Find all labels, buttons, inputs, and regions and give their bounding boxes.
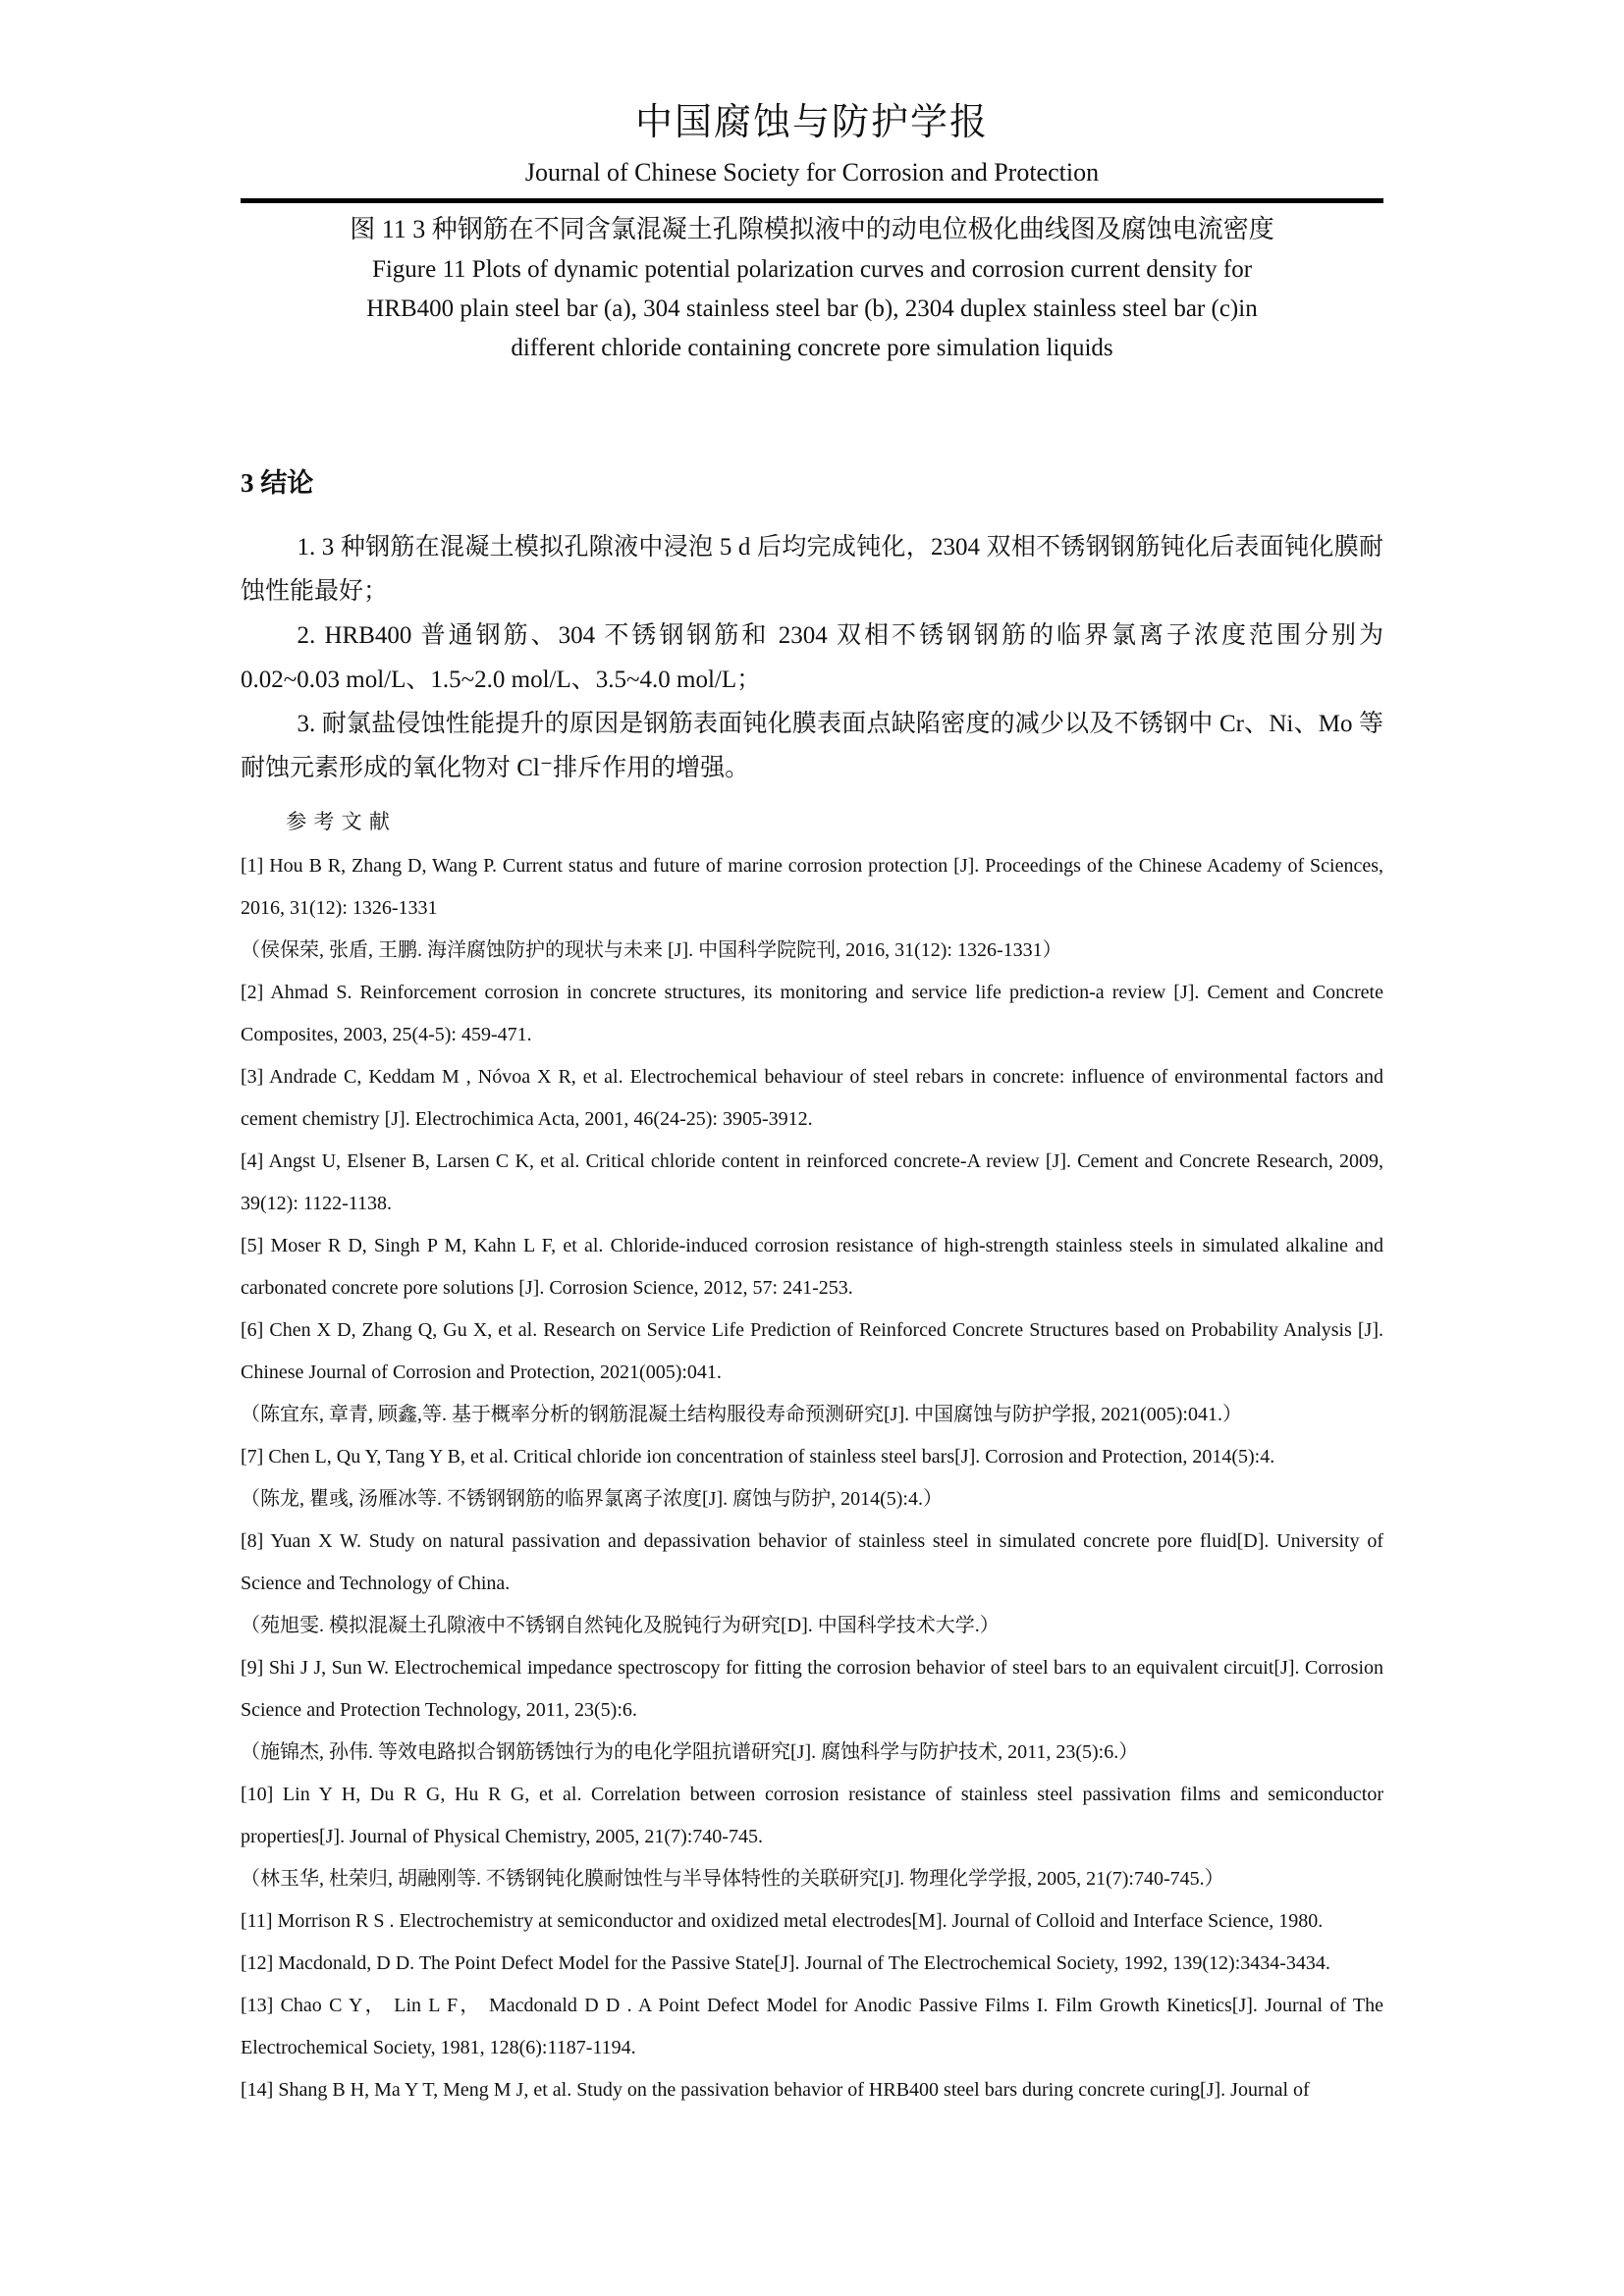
reference-en-text: [5] Moser R D, Singh P M, Kahn L F, et a… [241,1225,1383,1309]
reference-item: [12] Macdonald, D D. The Point Defect Mo… [241,1943,1383,1985]
reference-item: [11] Morrison R S . Electrochemistry at … [241,1900,1383,1943]
figure-caption-en-line: Figure 11 Plots of dynamic potential pol… [241,250,1383,290]
reference-en-text: [12] Macdonald, D D. The Point Defect Mo… [241,1943,1383,1985]
figure-caption-zh: 图 11 3 种钢筋在不同含氯混凝土孔隙模拟液中的动电位极化曲线图及腐蚀电流密度 [241,211,1383,248]
reference-item: [3] Andrade C, Keddam M , Nóvoa X R, et … [241,1056,1383,1141]
journal-title-zh: 中国腐蚀与防护学报 [241,100,1383,145]
reference-item: [6] Chen X D, Zhang Q, Gu X, et al. Rese… [241,1309,1383,1436]
reference-item: [9] Shi J J, Sun W. Electrochemical impe… [241,1647,1383,1774]
conclusion-item-3: 3. 耐氯盐侵蚀性能提升的原因是钢筋表面钝化膜表面点缺陷密度的减少以及不锈钢中 … [241,702,1383,790]
reference-zh-text: （苑旭雯. 模拟混凝土孔隙液中不锈钢自然钝化及脱钝行为研究[D]. 中国科学技术… [241,1605,1383,1647]
journal-title-en: Journal of Chinese Society for Corrosion… [241,157,1383,188]
reference-item: [13] Chao C Y， Lin L F， Macdonald D D . … [241,1985,1383,2069]
reference-en-text: [14] Shang B H, Ma Y T, Meng M J, et al.… [241,2069,1383,2111]
reference-item: [1] Hou B R, Zhang D, Wang P. Current st… [241,845,1383,972]
figure-caption-en-line: different chloride containing concrete p… [241,329,1383,368]
reference-zh-text: （陈龙, 瞿彧, 汤雁冰等. 不锈钢钢筋的临界氯离子浓度[J]. 腐蚀与防护, … [241,1478,1383,1521]
document-page: 中国腐蚀与防护学报 Journal of Chinese Society for… [241,0,1383,2111]
reference-en-text: [7] Chen L, Qu Y, Tang Y B, et al. Criti… [241,1436,1383,1478]
reference-zh-text: （林玉华, 杜荣归, 胡融刚等. 不锈钢钝化膜耐蚀性与半导体特性的关联研究[J]… [241,1858,1383,1900]
reference-en-text: [6] Chen X D, Zhang Q, Gu X, et al. Rese… [241,1309,1383,1394]
reference-item: [8] Yuan X W. Study on natural passivati… [241,1521,1383,1647]
reference-en-text: [10] Lin Y H, Du R G, Hu R G, et al. Cor… [241,1774,1383,1858]
header-divider-rule [241,198,1383,203]
reference-zh-text: （陈宜东, 章青, 顾鑫,等. 基于概率分析的钢筋混凝土结构服役寿命预测研究[J… [241,1394,1383,1436]
reference-item: [14] Shang B H, Ma Y T, Meng M J, et al.… [241,2069,1383,2111]
reference-en-text: [1] Hou B R, Zhang D, Wang P. Current st… [241,845,1383,930]
reference-item: [4] Angst U, Elsener B, Larsen C K, et a… [241,1141,1383,1225]
reference-en-text: [8] Yuan X W. Study on natural passivati… [241,1521,1383,1605]
conclusion-body: 1. 3 种钢筋在混凝土模拟孔隙液中浸泡 5 d 后均完成钝化，2304 双相不… [241,525,1383,790]
reference-zh-text: （侯保荣, 张盾, 王鹏. 海洋腐蚀防护的现状与未来 [J]. 中国科学院院刊,… [241,930,1383,972]
reference-en-text: [13] Chao C Y， Lin L F， Macdonald D D . … [241,1985,1383,2069]
reference-item: [2] Ahmad S. Reinforcement corrosion in … [241,972,1383,1056]
reference-en-text: [11] Morrison R S . Electrochemistry at … [241,1900,1383,1943]
conclusion-heading: 3 结论 [241,466,1383,500]
conclusion-item-1: 1. 3 种钢筋在混凝土模拟孔隙液中浸泡 5 d 后均完成钝化，2304 双相不… [241,525,1383,614]
figure-caption-en-line: HRB400 plain steel bar (a), 304 stainles… [241,290,1383,329]
reference-zh-text: （施锦杰, 孙伟. 等效电路拟合钢筋锈蚀行为的电化学阻抗谱研究[J]. 腐蚀科学… [241,1732,1383,1774]
reference-item: [7] Chen L, Qu Y, Tang Y B, et al. Criti… [241,1436,1383,1521]
reference-item: [10] Lin Y H, Du R G, Hu R G, et al. Cor… [241,1774,1383,1900]
reference-en-text: [4] Angst U, Elsener B, Larsen C K, et a… [241,1141,1383,1225]
reference-en-text: [3] Andrade C, Keddam M , Nóvoa X R, et … [241,1056,1383,1141]
reference-en-text: [2] Ahmad S. Reinforcement corrosion in … [241,972,1383,1056]
references-list: [1] Hou B R, Zhang D, Wang P. Current st… [241,845,1383,2111]
references-heading: 参 考 文 献 [241,806,1383,835]
reference-item: [5] Moser R D, Singh P M, Kahn L F, et a… [241,1225,1383,1309]
reference-en-text: [9] Shi J J, Sun W. Electrochemical impe… [241,1647,1383,1732]
figure-caption-en: Figure 11 Plots of dynamic potential pol… [241,250,1383,368]
conclusion-item-2: 2. HRB400 普通钢筋、304 不锈钢钢筋和 2304 双相不锈钢钢筋的临… [241,614,1383,702]
